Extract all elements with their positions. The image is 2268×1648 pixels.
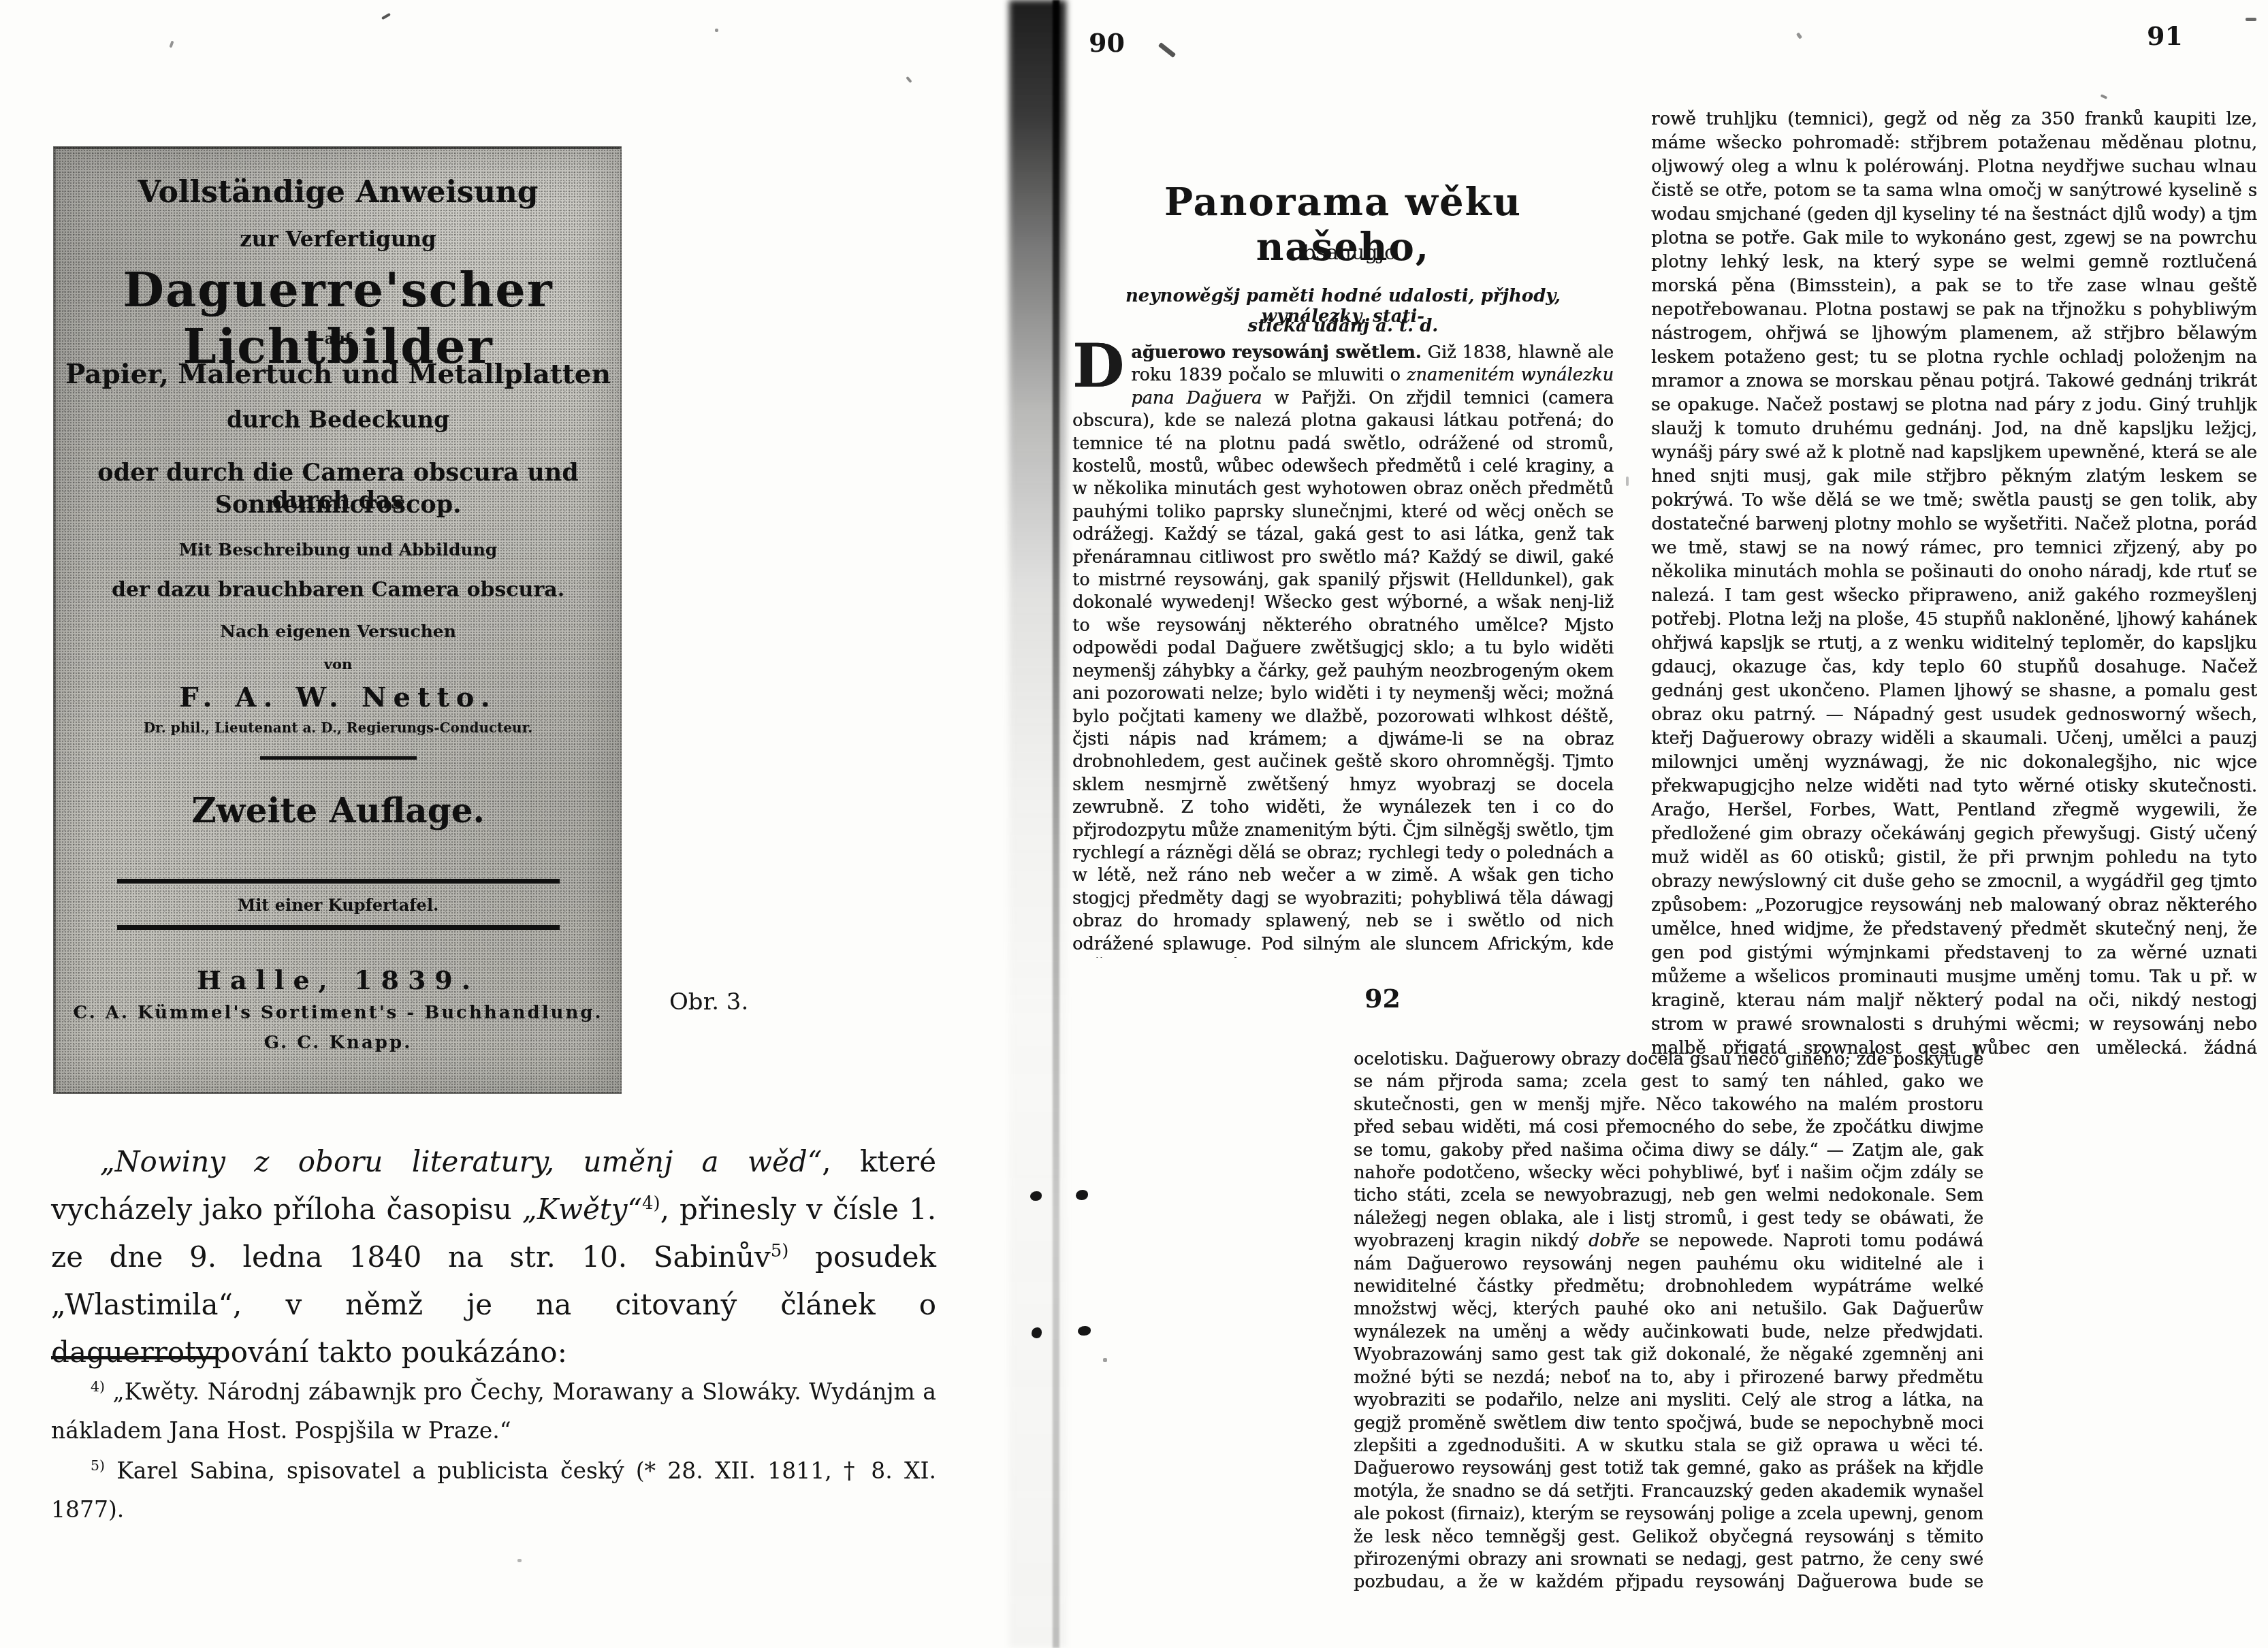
scan-column-page-91: 91 rowě truhljku (temnici), gegž od něg … xyxy=(1651,0,2257,1062)
scan-column-page-90: 90 Panorama wěku našeho, obsahugjc neyno… xyxy=(1072,0,1614,973)
body-paragraph: „Nowiny z oboru literatury, uměnj a wěd“… xyxy=(51,1138,936,1376)
plate-beschreibung-line: Mit Beschreibung und Abbildung xyxy=(56,540,620,560)
scanned-book-spread: { "left_page": { "page_number": "8", "pl… xyxy=(0,0,2268,1648)
page-number-91: 91 xyxy=(2147,20,2183,51)
plate-von-line: von xyxy=(56,656,620,673)
column-text-page-92: ocelotisku. Dağuerowy obrazy docela gsau… xyxy=(1354,1048,1983,1593)
plate-kupfertafel-line: Mit einer Kupfertafel. xyxy=(56,895,620,915)
plate-imprint-publisher: C. A. Kümmel's Sortiment's - Buchhandlun… xyxy=(56,1003,620,1023)
ink-blot xyxy=(1032,1327,1042,1338)
plate-brauchbar-line: der dazu brauchbaren Camera obscura. xyxy=(56,578,620,602)
plate-sonnen-line: Sonnenmicroscop. xyxy=(56,491,620,519)
plate-small-rule xyxy=(260,756,417,760)
ink-blot xyxy=(1030,1191,1042,1201)
column-text-page-90: Dağuerowo reysowánj swětlem. Giž 1838, h… xyxy=(1072,342,1614,958)
binding-gutter-crease xyxy=(1053,0,1059,1648)
page-number-92: 92 xyxy=(1364,983,1401,1014)
plate-author-name: F. A. W. Netto. xyxy=(56,681,620,713)
plate-series-title: Vollständige Anweisung xyxy=(56,175,620,210)
column-text-page-91: rowě truhljku (temnici), gegž od něg za … xyxy=(1651,108,2257,1054)
ink-blot xyxy=(1076,1190,1088,1200)
page-number-90: 90 xyxy=(1089,27,1125,58)
plate-main-title: Daguerre'scher Lichtbilder xyxy=(56,261,620,374)
plate-edition-line: Zweite Auflage. xyxy=(56,790,620,830)
plate-materials-line: Papier, Malertuch und Metallplatten xyxy=(56,359,620,390)
footnote-4: 4) „Kwěty. Národnj zábawnjk pro Čechy, M… xyxy=(51,1372,936,1450)
plate-subtitle: zur Verfertigung xyxy=(56,227,620,252)
ink-speck xyxy=(1626,476,1629,486)
article-subtitle-line2: stická udánj a. t. d. xyxy=(1072,316,1614,336)
plate-rule-lower xyxy=(117,925,560,930)
footnote-rule xyxy=(51,1356,218,1359)
plate-rule-upper xyxy=(117,879,560,884)
plate-method-line: durch Bedeckung xyxy=(56,406,620,433)
plate-author-titles: Dr. phil., Lieutenant a. D., Regierungs-… xyxy=(56,720,620,736)
plate-word-auf: auf xyxy=(56,330,620,348)
plate-imprint-printer: G. C. Knapp. xyxy=(56,1033,620,1053)
scan-column-page-92: 92 ocelotisku. Dağuerowy obrazy docela g… xyxy=(1354,948,1983,1628)
figure-caption: Obr. 3. xyxy=(669,988,748,1016)
title-page-plate: Vollständige Anweisung zur Verfertigung … xyxy=(53,146,622,1094)
footnote-5: 5) Karel Sabina, spisovatel a publicista… xyxy=(51,1451,936,1529)
plate-imprint-city: Halle, 1839. xyxy=(56,965,620,995)
article-subtitle-word: obsahugjc xyxy=(1072,241,1614,265)
plate-versuche-line: Nach eigenen Versuchen xyxy=(56,621,620,641)
ink-blot xyxy=(1078,1326,1091,1336)
ink-speck xyxy=(1103,1358,1107,1362)
left-page: 8 Vollständige Anweisung zur Verfertigun… xyxy=(0,0,1008,1648)
